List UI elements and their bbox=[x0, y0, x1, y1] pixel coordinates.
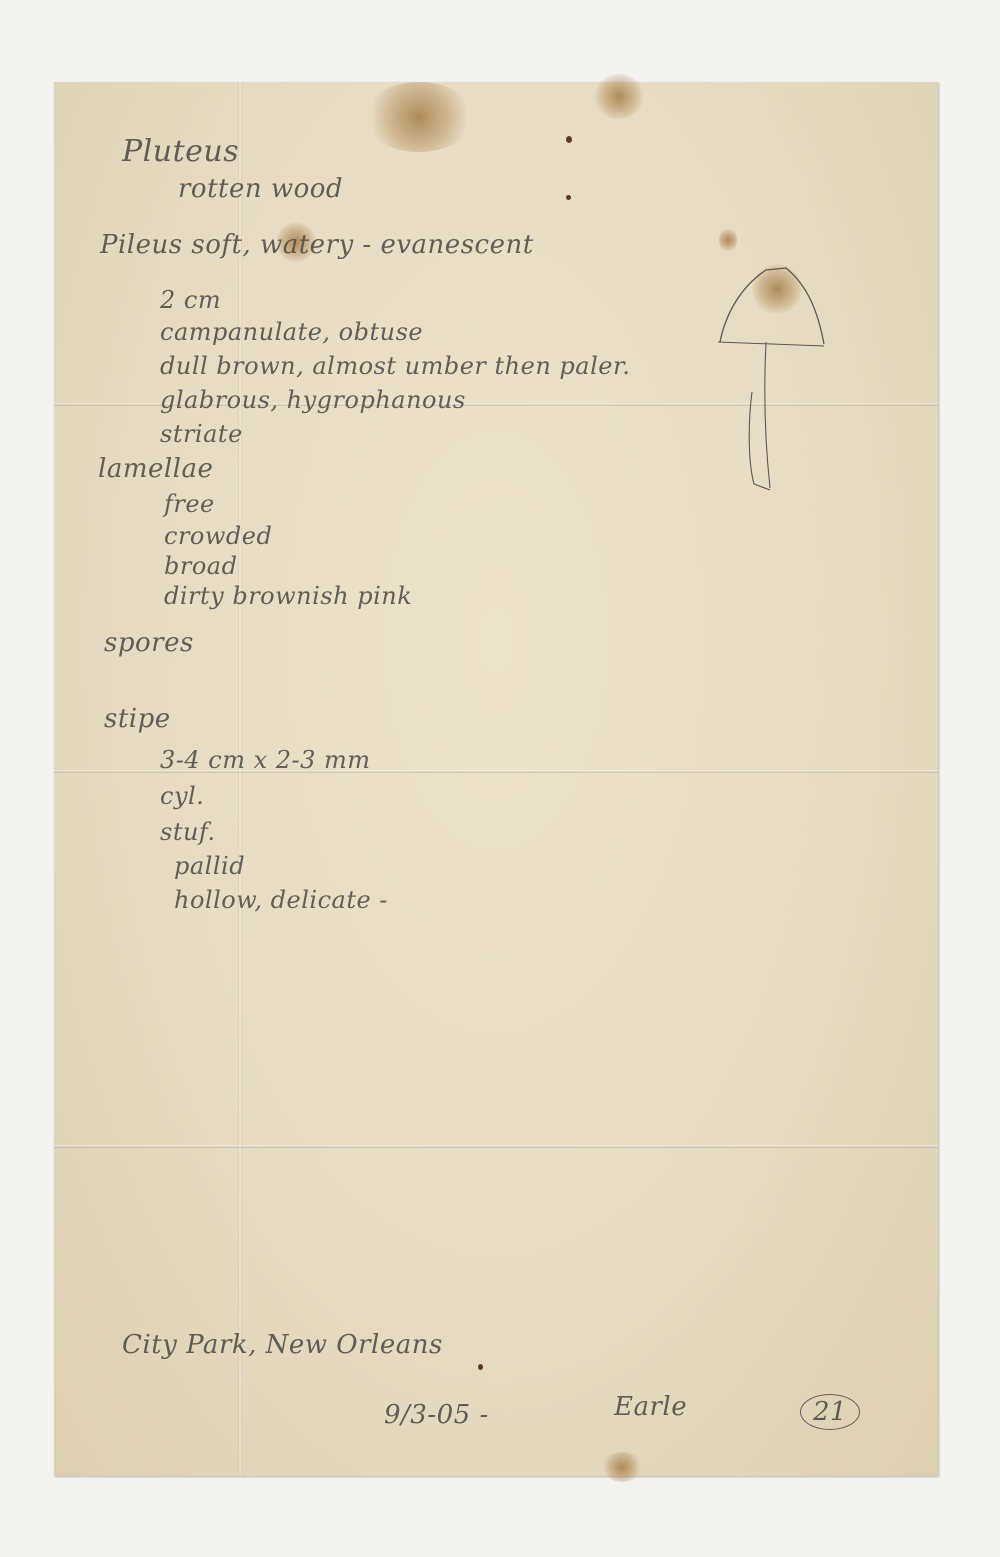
pileus-line: glabrous, hygrophanous bbox=[160, 386, 466, 414]
specimen-number: 21 bbox=[800, 1394, 860, 1430]
stipe-heading: stipe bbox=[104, 704, 171, 734]
stipe-line: 3-4 cm x 2-3 mm bbox=[160, 746, 371, 774]
pileus-heading: Pileus soft, watery - evanescent bbox=[100, 230, 534, 260]
pileus-line: dull brown, almost umber then paler. bbox=[160, 352, 630, 380]
lamellae-line: crowded bbox=[164, 522, 272, 550]
note-paper: Pluteus rotten wood Pileus soft, watery … bbox=[54, 82, 938, 1476]
stipe-line: cyl. bbox=[160, 782, 204, 810]
stain-right bbox=[719, 227, 737, 253]
mushroom-sketch-icon bbox=[712, 262, 832, 502]
spores-heading: spores bbox=[104, 628, 194, 658]
stipe-line: pallid bbox=[174, 852, 245, 880]
genus-heading: Pluteus bbox=[122, 134, 239, 169]
fold-line-vertical bbox=[238, 82, 242, 1476]
fold-line-3 bbox=[54, 1145, 938, 1148]
pileus-line: striate bbox=[160, 420, 243, 448]
locality: City Park, New Orleans bbox=[122, 1330, 443, 1360]
lamellae-line: broad bbox=[164, 552, 237, 580]
stain-top bbox=[364, 82, 474, 152]
pileus-line: 2 cm bbox=[160, 286, 221, 314]
habitat: rotten wood bbox=[178, 174, 343, 204]
specimen-number-text: 21 bbox=[813, 1397, 847, 1427]
stipe-line: hollow, delicate - bbox=[174, 886, 388, 914]
stipe-line: stuf. bbox=[160, 818, 216, 846]
lamellae-line: dirty brownish pink bbox=[164, 582, 412, 610]
spot-3 bbox=[478, 1364, 483, 1370]
collector-name: Earle bbox=[614, 1392, 687, 1422]
lamellae-line: free bbox=[164, 490, 215, 518]
spot-2 bbox=[566, 195, 571, 200]
pileus-line: campanulate, obtuse bbox=[160, 318, 423, 346]
collection-date: 9/3-05 - bbox=[384, 1400, 489, 1430]
lamellae-heading: lamellae bbox=[98, 454, 213, 484]
stain-top-right bbox=[594, 74, 644, 119]
spot-1 bbox=[566, 136, 572, 143]
stain-bottom bbox=[602, 1452, 642, 1482]
